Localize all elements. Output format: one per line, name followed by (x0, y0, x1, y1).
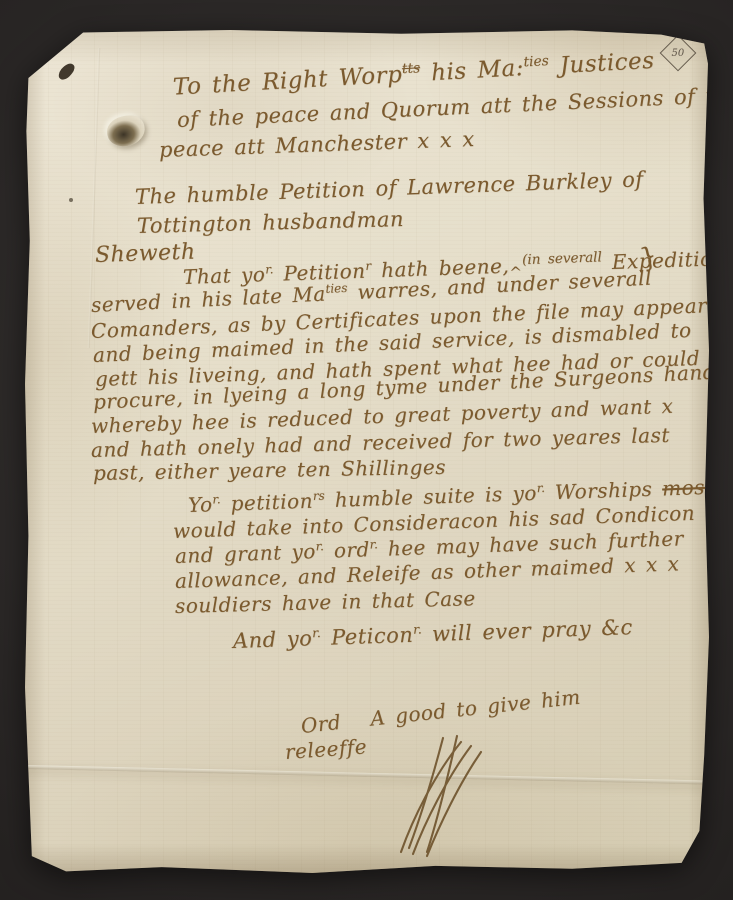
pen-flourish (377, 732, 517, 862)
manuscript-page: 50 To the Right Worptts his Ma:ties Just… (25, 30, 709, 873)
manuscript-line: The humble Petition of Lawrence Burkley … (135, 167, 644, 209)
manuscript-line: Sheweth (95, 239, 196, 267)
manuscript-page-wrap: 50 To the Right Worptts his Ma:ties Just… (25, 30, 709, 873)
manuscript-line: Ord A good to give him (300, 685, 582, 738)
manuscript-line: And yor. Peticonr. will ever pray &c (233, 614, 634, 653)
manuscript-line: past, either yeare ten Shillinges (93, 455, 446, 485)
manuscript-line: Tottington husbandman (137, 207, 405, 238)
text-layer: To the Right Worptts his Ma:ties Justice… (25, 30, 709, 873)
manuscript-line: releeffe (284, 734, 368, 764)
manuscript-line: peace att Manchester x x x (159, 127, 475, 162)
